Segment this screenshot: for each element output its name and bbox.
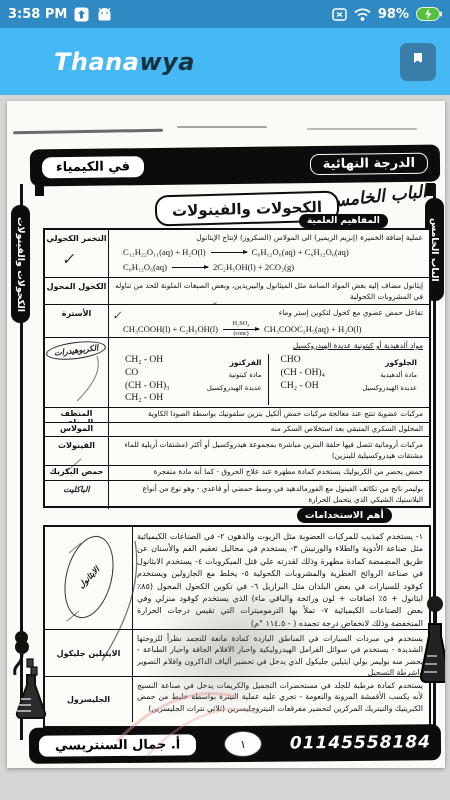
status-bar: 3:58 PM 98% [0, 0, 450, 28]
term-label: الايثانول [76, 565, 101, 590]
term-label: حمض البكريك [50, 467, 104, 476]
definition-cell: مواد ألدهيدية أو كيتونية عديدة الهيدروكس… [109, 338, 429, 407]
left-side-tab: الكحولات والفينولات [11, 205, 30, 323]
upload-icon [74, 7, 89, 22]
uses-cell: يستخدم في مبردات السيارات في المناطق الب… [133, 630, 429, 676]
chemical-equation: CH₃COOH(l) + C₂H₅OH(l) H₂SO₄ (conc) CH₃C… [123, 321, 423, 337]
page-number: ١ [224, 731, 262, 757]
teacher-name: أ. جمال السنتريسي [39, 734, 196, 756]
term-label: الباكليت [63, 485, 89, 494]
definition-cell: مركبات عضوية تنتج عند معالجة مركبات حمض … [109, 408, 429, 422]
scan-artifact [13, 129, 163, 135]
term-label: المنظف الصناعي [45, 409, 108, 423]
uses-table: الايثانول ١- يستخدم كمذيب للمركبات العضو… [43, 525, 431, 728]
uses-cell: يستخدم كمادة مرطبة للجلد في مستحضرات الت… [133, 677, 429, 722]
table-row: التخمر الكحولي ✓ عملية إضافة الخميرة (إن… [45, 230, 429, 278]
definition-text: عملية إضافة الخميرة (إنزيم الزيمير) الى … [196, 233, 423, 242]
footer-banner: أ. جمال السنتريسي ١ 01145558184 [29, 724, 441, 764]
catalyst-label: H₂SO₄ [233, 321, 250, 327]
uses-text: يستخدم في مبردات السيارات في المناطق الب… [137, 634, 423, 676]
table-row: الباكليت بوليمر ناتج من تكاثف الفينول مع… [45, 481, 429, 509]
term-label: المولاس [60, 424, 93, 433]
battery-percent: 98% [378, 7, 409, 22]
term-cell: حمض البكريك [45, 466, 109, 480]
handwritten-check: ✓ [61, 249, 77, 269]
term-cell: الأسترة [45, 305, 109, 337]
term-label: الكحول المحول [47, 282, 107, 291]
term-cell: الكربوهيدرات [45, 338, 109, 407]
reaction-arrow [211, 250, 247, 254]
formula-line: (CH - OH)₄ [281, 367, 325, 380]
handwritten-check: ✓ [111, 307, 124, 325]
definition-text: المحلول السكري المتبقي بعد استخلاص السكر… [271, 424, 423, 433]
reaction-arrow: H₂SO₄ (conc) [223, 321, 259, 337]
term-label: الفينولات [58, 441, 95, 450]
condition-label: (conc) [233, 331, 248, 337]
structures-block: CH₂ - OH CO (CH - OH)₃ CH₂ - OH الفركتوز… [113, 354, 423, 405]
uses-text: ١- يستخدم كمذيب للمركبات العضوية مثل الز… [137, 532, 423, 628]
table-row: الأسترة تفاعل حمض عضوي مع كحول لتكوين إس… [45, 305, 429, 338]
compound-note: عديدة الهيدروكسيل [175, 382, 261, 394]
term-cell: المولاس [45, 423, 109, 436]
table-row: الكربوهيدرات مواد ألدهيدية أو كيتونية عد… [45, 338, 429, 408]
table-row: حمض البكريك حمض يحضر من الكربوليك يستخدم… [45, 466, 429, 481]
chemical-equation: C₆H₁₂O₆(aq) 2C₂H₅OH(l) + 2CO₂(g) [123, 261, 423, 274]
formula-line: CO [125, 367, 169, 380]
formula-line: CH₂ - OH [125, 354, 169, 367]
equation-left: C₁₂H₂₂O₁₁(aq) + H₂O(l) [123, 246, 206, 259]
app-title-part1: Thana [54, 48, 139, 76]
term-cell: الفينولات [45, 437, 109, 465]
equation-right: 2C₂H₅OH(l) + 2CO₂(g) [213, 261, 294, 274]
definition-text: مواد ألدهيدية أو كيتونية عديدة الهيدروكس… [293, 341, 423, 350]
no-sim-icon [332, 8, 347, 21]
app-title: Thanawya [54, 48, 195, 76]
uses-cell: ١- يستخدم كمذيب للمركبات العضوية مثل الز… [133, 527, 429, 629]
definition-cell: عملية إضافة الخميرة (إنزيم الزيمير) الى … [109, 230, 429, 277]
definition-text: حمض يحضر من الكربوليك يستخدم كمادة مطهرة… [154, 467, 423, 476]
app-bar: Thanawya [0, 28, 450, 95]
definition-text: تفاعل حمض عضوي مع كحول لتكوين إستر وماء [279, 308, 423, 317]
chapter-heading: الباب الخامس [327, 182, 428, 212]
chemical-equation: C₁₂H₂₂O₁₁(aq) + H₂O(l) C₆H₁₂O₆(aq) + C₆H… [123, 246, 423, 259]
definition-text: مركبات أروماتية تتصل فيها حلقة البنزين م… [124, 440, 423, 460]
clock: 3:58 PM [8, 7, 67, 22]
term-cell: الكحول المحول [45, 278, 109, 304]
compound-note: مادة كيتونية [175, 369, 261, 381]
definition-text: بوليمر ناتج من تكاثف الفينول مع الفورمال… [143, 484, 423, 504]
header-banner: الدرجة النهائية في الكيمياء [30, 144, 440, 186]
compound-name: الجلوكوز [331, 356, 417, 370]
bookmark-icon [411, 53, 425, 71]
definition-text: إيثانول مضاف إليه بعض المواد السامة مثل … [115, 281, 423, 301]
table-row: الايثانول ١- يستخدم كمذيب للمركبات العضو… [45, 527, 429, 630]
concepts-table: التخمر الكحولي ✓ عملية إضافة الخميرة (إن… [43, 228, 431, 508]
compound-note: مادة ألدهيدية [331, 369, 417, 381]
flask-illustration-left [7, 641, 59, 741]
uses-badge: أهم الاستخدامات [297, 508, 392, 523]
app-title-part2: wya [139, 48, 195, 76]
compound-note: عديدة الهيدروكسيل [331, 382, 417, 394]
fructose-formula: CH₂ - OH CO (CH - OH)₃ CH₂ - OH [113, 354, 169, 405]
banner-subject-label: في الكيمياء [42, 156, 144, 178]
handwritten-circled-term: الكربوهيدرات [46, 338, 108, 362]
reaction-arrow [172, 265, 208, 269]
definition-cell: حمض يحضر من الكربوليك يستخدم كمادة مطهرة… [109, 466, 429, 480]
banner-degree-label: الدرجة النهائية [310, 153, 429, 175]
term-label: الجليسرول [67, 695, 110, 704]
formula-line: CH₂ - OH [281, 380, 325, 393]
definition-text: مركبات عضوية تنتج عند معالجة مركبات حمض … [148, 409, 423, 418]
fructose-block: CH₂ - OH CO (CH - OH)₃ CH₂ - OH الفركتوز… [113, 354, 268, 405]
equation-right: C₆H₁₂O₆(aq) + C₆H₁₂O₆(aq) [252, 246, 349, 259]
scanned-page: الدرجة النهائية في الكيمياء الباب الخامس… [7, 101, 445, 768]
formula-line: CH₂ - OH [125, 392, 169, 405]
term-cell: الباكليت [45, 481, 109, 509]
banner-connector-left [35, 183, 44, 196]
term-cell: المنظف الصناعي [45, 408, 109, 422]
handwritten-oval: الايثانول [56, 531, 121, 624]
definition-cell: تفاعل حمض عضوي مع كحول لتكوين إستر وماء … [109, 305, 429, 337]
table-row: المنظف الصناعي مركبات عضوية تنتج عند معا… [45, 408, 429, 423]
table-row: الجليسرول يستخدم كمادة مرطبة للجلد في مس… [45, 677, 429, 722]
definition-cell: مركبات أروماتية تتصل فيها حلقة البنزين م… [109, 437, 429, 465]
term-label: الأسترة [62, 309, 92, 318]
equation-left: CH₃COOH(l) + C₂H₅OH(l) [123, 323, 218, 336]
equation-right: CH₃COOC₂H₅(aq) + H₂O(l) [264, 323, 362, 336]
table-row: المولاس المحلول السكري المتبقي بعد استخل… [45, 423, 429, 437]
scan-artifact [177, 126, 267, 128]
concepts-badge: المفاهيم العلمية [299, 214, 388, 228]
wifi-icon [354, 8, 371, 21]
term-label: التخمر الكحولي [46, 234, 106, 243]
table-row: الايثيلين جليكول يستخدم في مبردات السيار… [45, 630, 429, 677]
scan-artifact [307, 128, 417, 130]
document-viewer[interactable]: الدرجة النهائية في الكيمياء الباب الخامس… [0, 95, 450, 800]
fructose-notes: الفركتوز مادة كيتونية عديدة الهيدروكسيل [169, 354, 267, 405]
definition-cell: بوليمر ناتج من تكاثف الفينول مع الفورمال… [109, 481, 429, 509]
battery-icon [416, 7, 442, 21]
formula-line: (CH - OH)₃ [125, 380, 169, 393]
glucose-notes: الجلوكوز مادة ألدهيدية عديدة الهيدروكسيل [325, 354, 423, 405]
definition-cell: المحلول السكري المتبقي بعد استخلاص السكر… [109, 423, 429, 436]
table-row: الكحول المحول إيثانول مضاف إليه بعض المو… [45, 278, 429, 305]
term-cell: الايثانول [45, 527, 133, 629]
equation-left: C₆H₁₂O₆(aq) [123, 261, 167, 274]
phone-number: 01145558184 [290, 732, 431, 753]
uses-text: يستخدم كمادة مرطبة للجلد في مستحضرات الت… [137, 681, 423, 713]
term-cell: التخمر الكحولي ✓ [45, 230, 109, 277]
term-label: الايثيلين جليكول [57, 649, 121, 658]
formula-line: CHO [281, 354, 325, 367]
glucose-block: CHO (CH - OH)₄ CH₂ - OH الجلوكوز مادة أل… [268, 354, 424, 405]
glucose-formula: CHO (CH - OH)₄ CH₂ - OH [269, 354, 325, 405]
compound-name: الفركتوز [175, 356, 261, 370]
android-icon [96, 8, 113, 21]
flask-illustration-right [411, 596, 445, 716]
table-row: الفينولات مركبات أروماتية تتصل فيها حلقة… [45, 437, 429, 466]
bookmark-button[interactable] [400, 43, 436, 81]
definition-cell: إيثانول مضاف إليه بعض المواد السامة مثل … [109, 278, 429, 304]
